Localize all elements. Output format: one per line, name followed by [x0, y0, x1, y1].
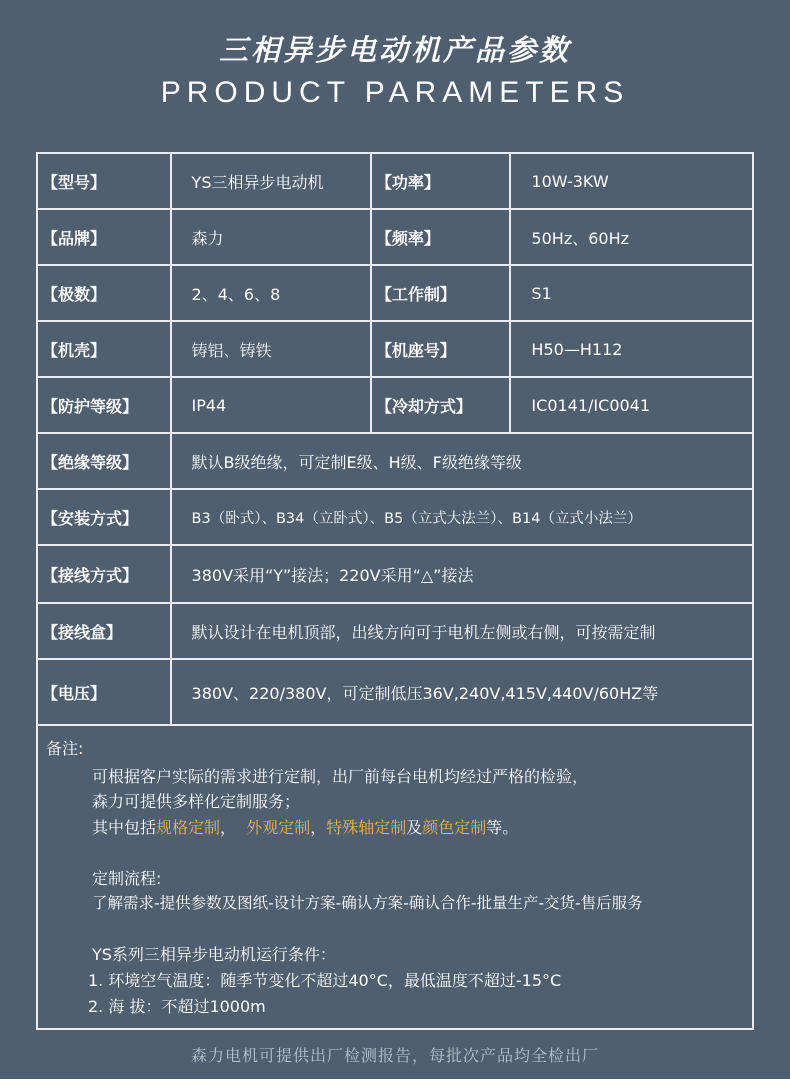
param-label: 【频率】: [371, 209, 511, 265]
table-row: 【防护等级】 IP44 【冷却方式】 IC0141/IC0041: [37, 377, 753, 433]
param-label: 【工作制】: [371, 265, 511, 321]
notes-line: 可根据客户实际的需求进行定制，出厂前每台电机均经过严格的检验，: [92, 764, 588, 787]
param-value: 50Hz、60Hz: [510, 209, 753, 265]
highlight-shaft-customization: 特殊轴定制: [326, 818, 406, 837]
product-parameters-page: 三相异步电动机产品参数 PRODUCT PARAMETERS 【型号】 YS三相…: [0, 0, 790, 1079]
table-row: 【极数】 2、4、6、8 【工作制】 S1: [37, 265, 753, 321]
param-label: 【安装方式】: [37, 489, 171, 545]
notes-section: 备注: 可根据客户实际的需求进行定制，出厂前每台电机均经过严格的检验， 森力可提…: [36, 722, 754, 1030]
page-title-en: PRODUCT PARAMETERS: [0, 76, 790, 110]
param-value: 森力: [171, 209, 371, 265]
param-value: S1: [510, 265, 753, 321]
param-value: 380V采用“Y”接法；220V采用“△”接法: [171, 545, 753, 603]
process-heading: 定制流程:: [92, 866, 161, 889]
notes-heading: 备注:: [46, 736, 83, 759]
param-label: 【机壳】: [37, 321, 171, 377]
param-value: B3（卧式）、B34（立卧式）、B5（立式大法兰）、B14（立式小法兰）: [171, 489, 753, 545]
param-value: 10W-3KW: [510, 153, 753, 209]
notes-text: ，: [220, 818, 236, 837]
process-steps: 了解需求-提供参数及图纸-设计方案-确认方案-确认合作-批量生产-交货-售后服务: [92, 891, 643, 913]
footer-note: 森力电机可提供出厂检测报告，每批次产品均全检出厂: [0, 1043, 790, 1066]
highlight-appearance-customization: 外观定制: [246, 818, 310, 837]
param-value: H50—H112: [510, 321, 753, 377]
conditions-heading: YS系列三相异步电动机运行条件：: [92, 942, 336, 965]
highlight-spec-customization: 规格定制: [156, 818, 220, 837]
param-label: 【型号】: [37, 153, 171, 209]
param-value: IP44: [171, 377, 371, 433]
param-label: 【接线方式】: [37, 545, 171, 603]
table-row: 【绝缘等级】 默认B级绝缘，可定制E级、H级、F级绝缘等级: [37, 433, 753, 489]
notes-text: 及: [406, 818, 422, 837]
param-label: 【电压】: [37, 659, 171, 725]
param-value: 默认设计在电机顶部，出线方向可于电机左侧或右侧，可按需定制: [171, 603, 753, 659]
table-row: 【品牌】 森力 【频率】 50Hz、60Hz: [37, 209, 753, 265]
notes-text: ，: [310, 818, 326, 837]
condition-item: 2. 海 拔：不超过1000m: [88, 994, 266, 1017]
notes-customization-line: 其中包括规格定制， 外观定制，特殊轴定制及颜色定制等。: [92, 815, 518, 838]
param-value: 铸铝、铸铁: [171, 321, 371, 377]
table-row: 【安装方式】 B3（卧式）、B34（立卧式）、B5（立式大法兰）、B14（立式小…: [37, 489, 753, 545]
notes-line: 森力可提供多样化定制服务；: [92, 789, 300, 812]
notes-text: 其中包括: [92, 818, 156, 837]
param-label: 【机座号】: [371, 321, 511, 377]
table-row: 【型号】 YS三相异步电动机 【功率】 10W-3KW: [37, 153, 753, 209]
param-label: 【功率】: [371, 153, 511, 209]
table-row: 【机壳】 铸铝、铸铁 【机座号】 H50—H112: [37, 321, 753, 377]
notes-text: 等。: [486, 818, 518, 837]
parameters-table: 【型号】 YS三相异步电动机 【功率】 10W-3KW 【品牌】 森力 【频率】…: [36, 152, 754, 726]
condition-item: 1. 环境空气温度：随季节变化不超过40°C，最低温度不超过-15°C: [88, 968, 561, 991]
param-label: 【冷却方式】: [371, 377, 511, 433]
page-title-cn: 三相异步电动机产品参数: [0, 28, 790, 69]
table-row: 【接线盒】 默认设计在电机顶部，出线方向可于电机左侧或右侧，可按需定制: [37, 603, 753, 659]
param-label: 【品牌】: [37, 209, 171, 265]
param-value: IC0141/IC0041: [510, 377, 753, 433]
param-label: 【接线盒】: [37, 603, 171, 659]
table-row: 【接线方式】 380V采用“Y”接法；220V采用“△”接法: [37, 545, 753, 603]
param-value: YS三相异步电动机: [171, 153, 371, 209]
param-value: 默认B级绝缘，可定制E级、H级、F级绝缘等级: [171, 433, 753, 489]
param-value: 380V、220/380V，可定制低压36V,240V,415V,440V/60…: [171, 659, 753, 725]
param-label: 【极数】: [37, 265, 171, 321]
table-row: 【电压】 380V、220/380V，可定制低压36V,240V,415V,44…: [37, 659, 753, 725]
param-label: 【防护等级】: [37, 377, 171, 433]
param-label: 【绝缘等级】: [37, 433, 171, 489]
param-value: 2、4、6、8: [171, 265, 371, 321]
highlight-color-customization: 颜色定制: [422, 818, 486, 837]
